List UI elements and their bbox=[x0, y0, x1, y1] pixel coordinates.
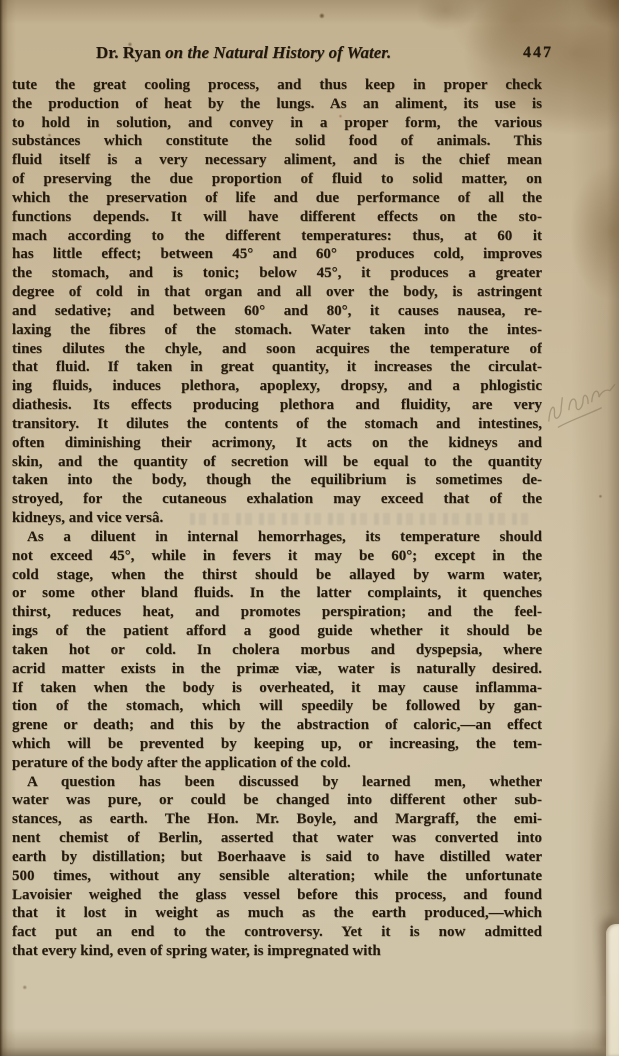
text-line: degree of cold in that organ and all ove… bbox=[12, 283, 542, 302]
text-line: As a diluent in internal hemorrhages, it… bbox=[12, 528, 542, 547]
text-line: 500 times, without any sensible alterati… bbox=[12, 867, 542, 886]
text-line: If taken when the body is overheated, it… bbox=[12, 679, 542, 698]
text-line: acrid matter exists in the primæ viæ, wa… bbox=[12, 660, 542, 679]
text-line: tines dilutes the chyle, and soon acquir… bbox=[12, 340, 542, 359]
text-line: fluid itself is a very necessary aliment… bbox=[12, 151, 542, 170]
text-line: which the preservation of life and due p… bbox=[12, 189, 542, 208]
text-line: ings of the patient afford a good guide … bbox=[12, 622, 542, 641]
running-title: Dr. Ryan on the Natural History of Water… bbox=[96, 43, 391, 63]
next-page-edge bbox=[606, 924, 619, 1056]
text-line: ing fluids, induces plethora, apoplexy, … bbox=[12, 377, 542, 396]
text-line: often diminishing their acrimony, It act… bbox=[12, 434, 542, 453]
text-line: fact put an end to the controversy. Yet … bbox=[12, 923, 542, 942]
text-line: and sedative; and between 60° and 80°, i… bbox=[12, 302, 542, 321]
margin-handwriting-pencil-icon bbox=[534, 364, 619, 444]
text-line: tute the great cooling process, and thus… bbox=[12, 76, 542, 95]
text-line: perature of the body after the applicati… bbox=[12, 754, 542, 773]
text-line: to hold in solution, and convey in a pro… bbox=[12, 114, 542, 133]
text-line: skin, and the quantity of secretion will… bbox=[12, 453, 542, 472]
book-page-scan: Dr. Ryan on the Natural History of Water… bbox=[0, 0, 619, 1056]
text-line: or some other bland fluids. In the latte… bbox=[12, 584, 542, 603]
text-line: that every kind, even of spring water, i… bbox=[12, 942, 542, 961]
text-line: taken hot or cold. In cholera morbus and… bbox=[12, 641, 542, 660]
text-line: A question has been discussed by learned… bbox=[12, 773, 542, 792]
text-line: cold stage, when the thirst should be al… bbox=[12, 566, 542, 585]
text-line: has little effect; between 45° and 60° p… bbox=[12, 245, 542, 264]
text-line: nent chemist of Berlin, asserted that wa… bbox=[12, 829, 542, 848]
page-number: 447 bbox=[523, 44, 553, 62]
text-line: that it lost in weight as much as the ea… bbox=[12, 904, 542, 923]
text-line: that fluid. If taken in great quantity, … bbox=[12, 358, 542, 377]
running-title-author: Dr. Ryan bbox=[96, 43, 161, 62]
text-line: diathesis. Its effects producing plethor… bbox=[12, 396, 542, 415]
text-line: stances, as earth. The Hon. Mr. Boyle, a… bbox=[12, 810, 542, 829]
text-line: the production of heat by the lungs. As … bbox=[12, 95, 542, 114]
text-line: grene or death; and this by the abstract… bbox=[12, 716, 542, 735]
text-line: thirst, reduces heat, and promotes persp… bbox=[12, 603, 542, 622]
text-line: water was pure, or could be changed into… bbox=[12, 791, 542, 810]
text-line: the stomach, and is tonic; below 45°, it… bbox=[12, 264, 542, 283]
text-line: Lavoisier weighed the glass vessel befor… bbox=[12, 886, 542, 905]
text-line: laxing the fibres of the stomach. Water … bbox=[12, 321, 542, 340]
text-line: substances which constitute the solid fo… bbox=[12, 132, 542, 151]
text-line: tion of the stomach, which will speedily… bbox=[12, 697, 542, 716]
running-header: Dr. Ryan on the Natural History of Water… bbox=[0, 43, 619, 65]
text-line: which will be prevented by keeping up, o… bbox=[12, 735, 542, 754]
running-title-italic: on the Natural History of Water. bbox=[165, 43, 391, 62]
text-line: mach according to the different temperat… bbox=[12, 227, 542, 246]
ink-showthrough-ghost bbox=[190, 513, 535, 525]
text-line: transitory. It dilutes the contents of t… bbox=[12, 415, 542, 434]
text-line: functions depends. It will have differen… bbox=[12, 208, 542, 227]
text-line: taken into the body, though the equilibr… bbox=[12, 471, 542, 490]
text-line: stroyed, for the cutaneous exhalation ma… bbox=[12, 490, 542, 509]
text-line: of preserving the due proportion of flui… bbox=[12, 170, 542, 189]
text-line: earth by distillation; but Boerhaave is … bbox=[12, 848, 542, 867]
text-line: not exceed 45°, while in fevers it may b… bbox=[12, 547, 542, 566]
